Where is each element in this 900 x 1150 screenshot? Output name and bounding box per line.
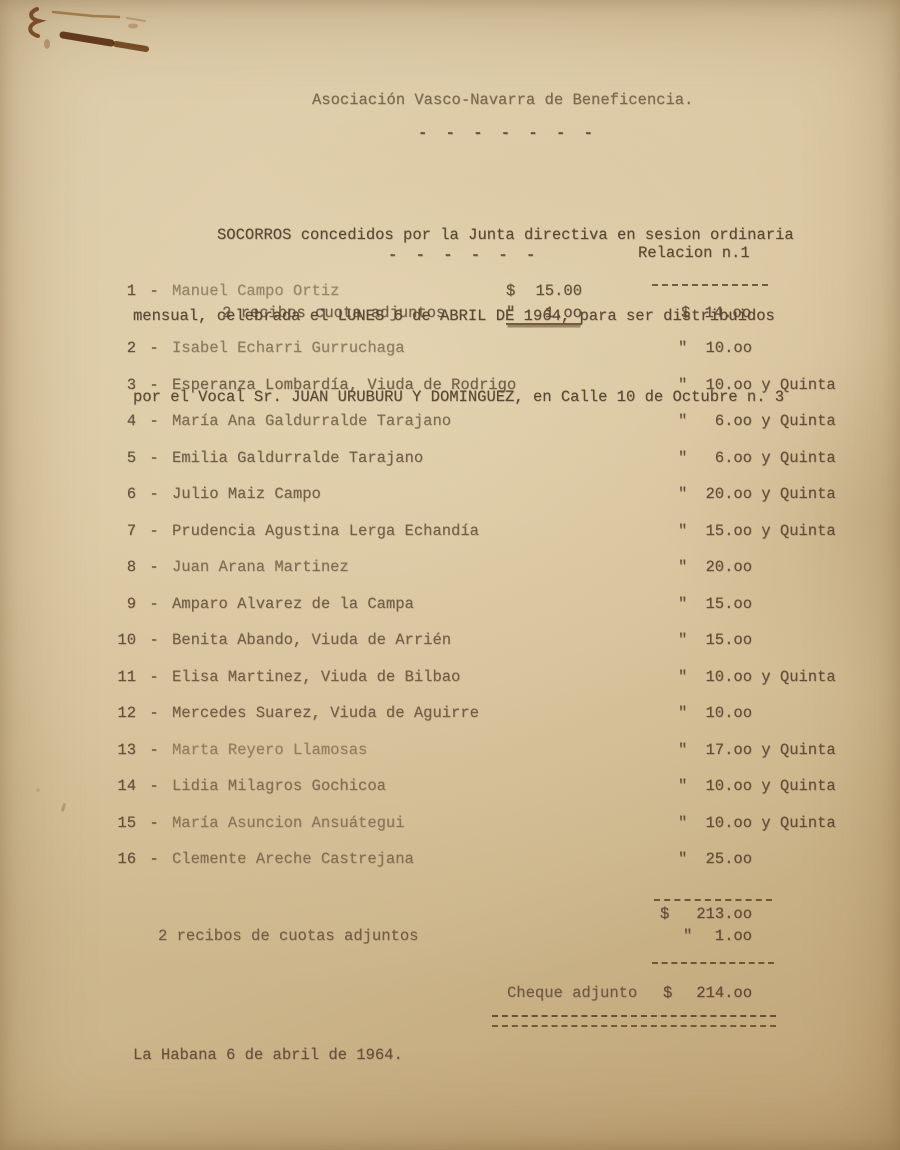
subtotal-amount: $ 213.oo <box>660 905 752 923</box>
amount-value: 17.oo <box>700 741 752 759</box>
list-item: 12-Mercedes Suarez, Viuda de Aguirre"10.… <box>110 704 870 726</box>
amount-value: 10.oo <box>700 704 752 722</box>
relacion-dashes: - - - - - - <box>388 246 540 264</box>
ditto-mark: " <box>506 304 524 322</box>
ditto-mark: " <box>678 449 700 467</box>
item-dash: - <box>136 449 172 467</box>
item-name: Prudencia Agustina Lerga Echandía <box>172 522 479 540</box>
item-name: Benita Abando, Viuda de Arrién <box>172 631 451 649</box>
item-dash: - <box>136 595 172 613</box>
relacion-label: Relacion n.1 <box>638 244 750 262</box>
item-dash: - <box>136 412 172 430</box>
amount-suffix: y Quinta <box>752 777 836 795</box>
amount-suffix: y Quinta <box>752 376 836 394</box>
item-number: 8 <box>110 558 136 576</box>
item-name: Clemente Areche Castrejana <box>172 850 414 868</box>
list-item: 9-Amparo Alvarez de la Campa"15.oo <box>110 595 870 617</box>
item-name: María Ana Galdurralde Tarajano <box>172 412 451 430</box>
amount-value: 10.oo <box>700 376 752 394</box>
list-item: 8-Juan Arana Martinez"20.oo <box>110 558 870 580</box>
item-amount: "10.oo y Quinta <box>678 777 836 795</box>
item-name: Julio Maiz Campo <box>172 485 321 503</box>
item-amount: "6.oo y Quinta <box>678 412 836 430</box>
amount-value: 15.00 <box>524 282 582 300</box>
item-dash: - <box>136 376 172 394</box>
amount-value: 10.oo <box>700 814 752 832</box>
cheque-amount: $ 214.oo <box>663 984 752 1002</box>
list-item: 4-María Ana Galdurralde Tarajano"6.oo y … <box>110 412 870 434</box>
item-number: 4 <box>110 412 136 430</box>
list-item: 13-Marta Reyero Llamosas"17.oo y Quinta <box>110 741 870 763</box>
currency-mark: $ <box>663 984 672 1002</box>
item-dash: - <box>136 668 172 686</box>
amount-suffix: y Quinta <box>752 485 836 503</box>
ditto-mark: " <box>678 631 700 649</box>
item-number: 5 <box>110 449 136 467</box>
item-number: 14 <box>110 777 136 795</box>
item-amount: "20.oo <box>678 558 752 576</box>
ditto-mark: " <box>678 412 700 430</box>
amount-value: 6.oo <box>700 449 752 467</box>
item-dash: - <box>136 522 172 540</box>
amount-value: 14.oo <box>703 304 751 322</box>
amount-value: 1.oo <box>715 927 752 945</box>
item-dash: - <box>136 558 172 576</box>
list-item: 5-Emilia Galdurralde Tarajano"6.oo y Qui… <box>110 449 870 471</box>
amount-value: 20.oo <box>700 485 752 503</box>
ditto-mark: " <box>678 339 700 357</box>
net-amount: $14.oo <box>681 304 861 322</box>
amount-value: 15.oo <box>700 631 752 649</box>
paper-speck <box>61 803 67 812</box>
item-dash: - <box>136 339 172 357</box>
amount-suffix: y Quinta <box>752 449 836 467</box>
item-number: 12 <box>110 704 136 722</box>
receipts-label: 2 recibos de cuotas adjuntos <box>158 927 418 945</box>
list-item: 10-Benita Abando, Viuda de Arrién"15.oo <box>110 631 870 653</box>
list-item: 15-María Asuncion Ansuátegui"10.oo y Qui… <box>110 814 870 836</box>
ditto-mark: " <box>678 668 700 686</box>
ditto-mark: " <box>678 558 700 576</box>
item-name: Elisa Martinez, Viuda de Bilbao <box>172 668 460 686</box>
list-subitem: 2 recibos cuota adjuntos"1.oo$14.oo <box>110 304 870 326</box>
item-number: 2 <box>110 339 136 357</box>
item-amount: "20.oo y Quinta <box>678 485 836 503</box>
item-number: 1 <box>110 282 136 300</box>
item-amount: "15.oo y Quinta <box>678 522 836 540</box>
item-dash: - <box>136 704 172 722</box>
ditto-mark: " <box>678 595 700 613</box>
item-amount: "15.oo <box>678 595 752 613</box>
amount-value: 1.oo <box>524 304 582 322</box>
item-number: 15 <box>110 814 136 832</box>
item-name: Amparo Alvarez de la Campa <box>172 595 414 613</box>
amount-value: 15.oo <box>700 522 752 540</box>
ditto-mark: " <box>678 485 700 503</box>
page-title: Asociación Vasco-Navarra de Beneficencia… <box>312 91 693 109</box>
item-number: 13 <box>110 741 136 759</box>
ditto-mark: " <box>678 741 700 759</box>
item-amount: "15.oo <box>678 631 752 649</box>
list-item: 14-Lidia Milagros Gochicoa"10.oo y Quint… <box>110 777 870 799</box>
ditto-mark: " <box>678 814 700 832</box>
rust-stain-icon <box>15 0 245 70</box>
item-name: Manuel Campo Ortiz <box>172 282 339 300</box>
footer-date: La Habana 6 de abril de 1964. <box>133 1046 403 1064</box>
item-amount: "10.oo <box>678 339 752 357</box>
item-name: Emilia Galdurralde Tarajano <box>172 449 423 467</box>
scanned-document-page: Asociación Vasco-Navarra de Beneficencia… <box>0 0 900 1150</box>
item-dash: - <box>136 850 172 868</box>
ditto-mark: " <box>683 927 692 945</box>
amount-value: 10.oo <box>700 668 752 686</box>
item-amount: "6.oo y Quinta <box>678 449 836 467</box>
list-item: 2-Isabel Echarri Gurruchaga"10.oo <box>110 339 870 361</box>
list-item: 1-Manuel Campo Ortiz$15.00 <box>110 282 870 304</box>
item-dash: - <box>136 631 172 649</box>
item-name: María Asuncion Ansuátegui <box>172 814 405 832</box>
list-item: 11-Elisa Martinez, Viuda de Bilbao"10.oo… <box>110 668 870 690</box>
receipts-amount: " 1.oo <box>683 927 752 945</box>
amount-suffix: y Quinta <box>752 668 836 686</box>
item-number: 7 <box>110 522 136 540</box>
item-number: 6 <box>110 485 136 503</box>
list-item: 16-Clemente Areche Castrejana"25.oo <box>110 850 870 872</box>
item-name: Juan Arana Martinez <box>172 558 349 576</box>
item-amount: "10.oo y Quinta <box>678 376 836 394</box>
subitem-label: 2 recibos cuota adjuntos <box>222 304 445 322</box>
item-number: 10 <box>110 631 136 649</box>
item-name: Mercedes Suarez, Viuda de Aguirre <box>172 704 479 722</box>
item-number: 3 <box>110 376 136 394</box>
amount-suffix: y Quinta <box>752 814 836 832</box>
ditto-mark: " <box>678 522 700 540</box>
amount-value: 10.oo <box>700 339 752 357</box>
item-name: Esperanza Lombardía, Viuda de Rodrigo <box>172 376 516 394</box>
ditto-mark: " <box>678 850 700 868</box>
amount-suffix: y Quinta <box>752 522 836 540</box>
amount-value: 15.oo <box>700 595 752 613</box>
amount-value: 25.oo <box>700 850 752 868</box>
item-dash: - <box>136 282 172 300</box>
list-item: 3-Esperanza Lombardía, Viuda de Rodrigo"… <box>110 376 870 398</box>
subtotal-rule <box>654 899 772 901</box>
list-item: 6-Julio Maiz Campo"20.oo y Quinta <box>110 485 870 507</box>
item-amount: "10.oo y Quinta <box>678 814 836 832</box>
amount-value: 213.oo <box>696 905 752 923</box>
item-amount: "17.oo y Quinta <box>678 741 836 759</box>
amount-value: 214.oo <box>696 984 752 1002</box>
paper-speck <box>36 788 40 792</box>
item-dash: - <box>136 741 172 759</box>
item-dash: - <box>136 485 172 503</box>
item-name: Isabel Echarri Gurruchaga <box>172 339 405 357</box>
currency-mark: $ <box>660 905 669 923</box>
item-amount: "10.oo y Quinta <box>678 668 836 686</box>
items-list: 1-Manuel Campo Ortiz$15.002 recibos cuot… <box>110 282 870 887</box>
cheque-double-rule <box>492 1015 776 1027</box>
item-amount: "10.oo <box>678 704 752 722</box>
item-amount: $15.00 <box>506 282 582 300</box>
ditto-mark: " <box>678 777 700 795</box>
subitem-amount: "1.oo <box>506 304 582 325</box>
amount-value: 10.oo <box>700 777 752 795</box>
item-name: Marta Reyero Llamosas <box>172 741 367 759</box>
item-amount: "25.oo <box>678 850 752 868</box>
title-divider: - - - - - - - <box>418 124 597 142</box>
item-dash: - <box>136 777 172 795</box>
currency-mark: $ <box>681 304 703 322</box>
cheque-label: Cheque adjunto <box>507 984 637 1002</box>
item-name: Lidia Milagros Gochicoa <box>172 777 386 795</box>
list-item: 7-Prudencia Agustina Lerga Echandía"15.o… <box>110 522 870 544</box>
item-number: 11 <box>110 668 136 686</box>
ditto-mark: " <box>678 376 700 394</box>
amount-value: 6.oo <box>700 412 752 430</box>
amount-value: 20.oo <box>700 558 752 576</box>
amount-suffix: y Quinta <box>752 412 836 430</box>
amount-suffix: y Quinta <box>752 741 836 759</box>
currency-mark: $ <box>506 282 524 300</box>
ditto-mark: " <box>678 704 700 722</box>
item-dash: - <box>136 814 172 832</box>
item-number: 16 <box>110 850 136 868</box>
receipts-rule <box>652 962 774 964</box>
item-number: 9 <box>110 595 136 613</box>
